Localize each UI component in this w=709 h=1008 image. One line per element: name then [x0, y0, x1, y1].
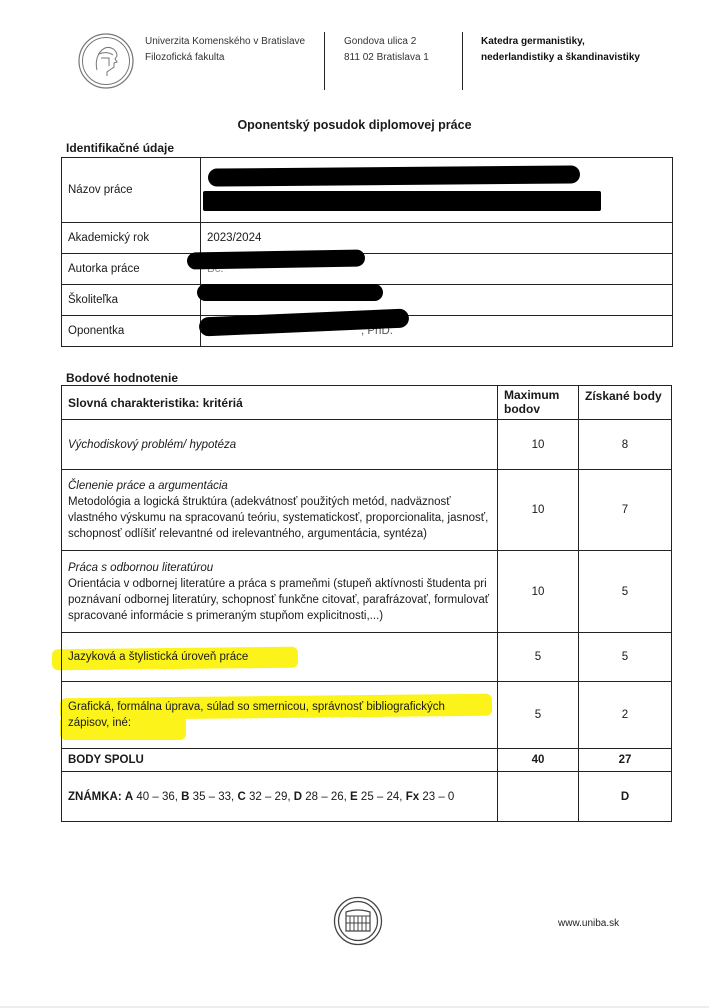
criterion-description: Metodológia a logická štruktúra (adekvát… — [68, 494, 491, 542]
university-name: Univerzita Komenského v Bratislave — [145, 34, 305, 50]
address: Gondova ulica 2 811 02 Bratislava 1 — [344, 34, 429, 66]
redaction-mark — [203, 191, 601, 211]
grade-letter: D — [294, 791, 302, 803]
university-building-seal-icon — [333, 896, 383, 946]
grade-row: ZNÁMKA: A 40 – 36, B 35 – 33, C 32 – 29,… — [62, 772, 672, 822]
header-divider — [462, 32, 463, 90]
label-cell: Autorka práce — [62, 254, 201, 285]
criterion-cell: Práca s odbornou literatúrou Orientácia … — [62, 551, 498, 633]
table-row: Práca s odbornou literatúrou Orientácia … — [62, 551, 672, 633]
max-cell: 10 — [498, 470, 579, 551]
grade-range: 25 – 24, — [361, 791, 403, 803]
value-cell: 2023/2024 — [201, 223, 673, 254]
scoring-table: Slovná charakteristika: kritériá Maximum… — [61, 385, 672, 822]
document-title: Oponentský posudok diplomovej práce — [0, 118, 709, 132]
criterion-description: Jazyková a štylistická úroveň práce — [68, 651, 248, 663]
header-criteria: Slovná charakteristika: kritériá — [62, 386, 498, 420]
grade-label: ZNÁMKA: — [68, 791, 122, 803]
table-row: Členenie práce a argumentácia Metodológi… — [62, 470, 672, 551]
label-cell: Akademický rok — [62, 223, 201, 254]
score-cell: 5 — [579, 551, 672, 633]
max-cell: 5 — [498, 682, 579, 749]
grade-range: 35 – 33, — [193, 791, 235, 803]
grade-letter: C — [237, 791, 245, 803]
grade-range: 40 – 36, — [136, 791, 178, 803]
identification-heading: Identifikačné údaje — [66, 141, 174, 155]
grade-range: 23 – 0 — [422, 791, 454, 803]
faculty-name: Filozofická fakulta — [145, 50, 305, 66]
criterion-cell: Grafická, formálna úprava, súlad so smer… — [62, 682, 498, 749]
redaction-mark — [208, 165, 580, 186]
criterion-cell: Členenie práce a argumentácia Metodológi… — [62, 470, 498, 551]
university-info: Univerzita Komenského v Bratislave Filoz… — [145, 34, 305, 66]
minerva-seal-icon — [77, 32, 135, 90]
score-cell: 2 — [579, 682, 672, 749]
table-header-row: Slovná charakteristika: kritériá Maximum… — [62, 386, 672, 420]
total-label: BODY SPOLU — [62, 749, 498, 772]
table-row: Jazyková a štylistická úroveň práce 5 5 — [62, 633, 672, 682]
criterion-cell: Jazyková a štylistická úroveň práce — [62, 633, 498, 682]
faculty-logo — [77, 32, 135, 90]
table-row: Grafická, formálna úprava, súlad so smer… — [62, 682, 672, 749]
criterion-title: Práca s odbornou literatúrou — [68, 560, 491, 576]
total-row: BODY SPOLU 40 27 — [62, 749, 672, 772]
grade-letter: E — [350, 791, 358, 803]
street: Gondova ulica 2 — [344, 34, 429, 50]
label-cell: Názov práce — [62, 158, 201, 223]
max-cell: 5 — [498, 633, 579, 682]
header-divider — [324, 32, 325, 90]
grade-scale-cell: ZNÁMKA: A 40 – 36, B 35 – 33, C 32 – 29,… — [62, 772, 498, 822]
total-max: 40 — [498, 749, 579, 772]
max-cell: 10 — [498, 420, 579, 470]
total-score: 27 — [579, 749, 672, 772]
redaction-mark — [187, 249, 365, 269]
label-cell: Školiteľka — [62, 285, 201, 316]
score-cell: 7 — [579, 470, 672, 551]
grade-value: D — [579, 772, 672, 822]
header-max: Maximum bodov — [498, 386, 579, 420]
grade-max-cell — [498, 772, 579, 822]
department-line1: Katedra germanistiky, — [481, 34, 640, 50]
grade-letter: Fx — [406, 791, 419, 803]
table-row: Akademický rok 2023/2024 — [62, 223, 673, 254]
table-row: Východiskový problém/ hypotéza 10 8 — [62, 420, 672, 470]
grade-letter: B — [181, 791, 189, 803]
table-row: Autorka práce Bc. — [62, 254, 673, 285]
footer-logo — [333, 896, 383, 946]
department-line2: nederlandistiky a škandinavistiky — [481, 50, 640, 66]
grade-range: 32 – 29, — [249, 791, 291, 803]
footer-url[interactable]: www.uniba.sk — [558, 918, 619, 929]
criterion-description: Orientácia v odbornej literatúre a práca… — [68, 576, 491, 624]
criterion-title: Východiskový problém/ hypotéza — [68, 439, 236, 451]
grade-range: 28 – 26, — [305, 791, 347, 803]
department: Katedra germanistiky, nederlandistiky a … — [481, 34, 640, 66]
header-score: Získané body — [579, 386, 672, 420]
score-cell: 8 — [579, 420, 672, 470]
scoring-heading: Bodové hodnotenie — [66, 371, 178, 385]
criterion-description: Grafická, formálna úprava, súlad so smer… — [68, 699, 491, 731]
grade-letter: A — [125, 791, 133, 803]
criterion-cell: Východiskový problém/ hypotéza — [62, 420, 498, 470]
max-cell: 10 — [498, 551, 579, 633]
score-cell: 5 — [579, 633, 672, 682]
criterion-title: Členenie práce a argumentácia — [68, 478, 491, 494]
label-cell: Oponentka — [62, 316, 201, 347]
redaction-mark — [197, 284, 383, 301]
city: 811 02 Bratislava 1 — [344, 50, 429, 66]
